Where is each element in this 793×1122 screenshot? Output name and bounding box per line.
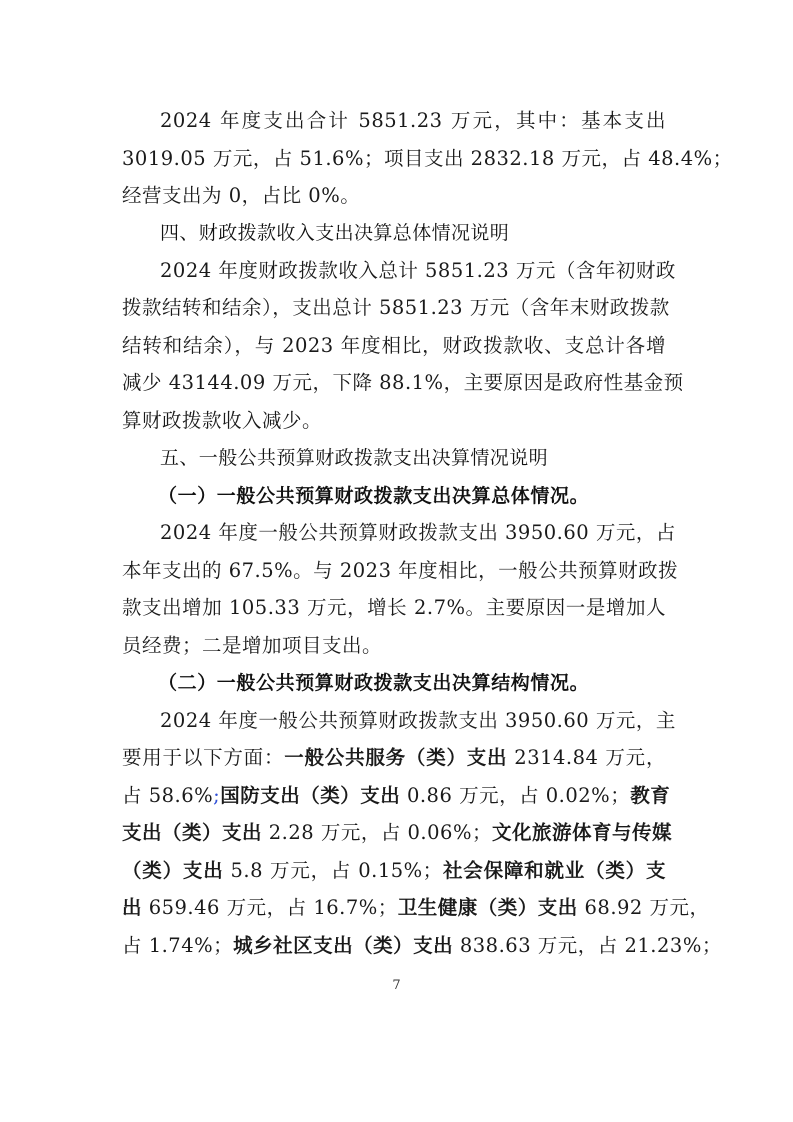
paragraph-line: 2024 年度一般公共预算财政拨款支出 3950.60 万元，占 [160, 518, 666, 548]
paragraph-line: 3019.05 万元，占 51.6%；项目支出 2832.18 万元，占 48.… [122, 144, 666, 174]
category-name: 出 [122, 896, 142, 919]
category-name: 卫生健康（类）支出 [398, 896, 578, 919]
text: 要用于以下方面： [122, 746, 284, 769]
paragraph-line: 占 1.74%；城乡社区支出（类）支出 838.63 万元，占 21.23%； [122, 931, 666, 961]
category-name: 支出（类）支出 [122, 821, 262, 844]
document-page: 2024 年度支出合计 5851.23 万元，其中：基本支出 3019.05 万… [0, 0, 793, 1122]
paragraph-line: 拨款结转和结余），支出总计 5851.23 万元（含年末财政拨款 [122, 293, 666, 323]
category-name: 一般公共服务（类）支出 [284, 746, 507, 769]
paragraph-line: 减少 43144.09 万元，下降 88.1%，主要原因是政府性基金预 [122, 368, 666, 398]
category-name: （类）支出 [122, 859, 224, 882]
paragraph-line: 2024 年度一般公共预算财政拨款支出 3950.60 万元，主 [160, 706, 666, 736]
paragraph-line: 本年支出的 67.5%。与 2023 年度相比，一般公共预算财政拨 [122, 556, 666, 586]
text: 838.63 万元，占 21.23%； [453, 934, 722, 957]
paragraph-line: 出 659.46 万元，占 16.7%；卫生健康（类）支出 68.92 万元， [122, 893, 666, 923]
category-name: 社会保障和就业（类）支 [443, 859, 666, 882]
category-name: 城乡社区支出（类）支出 [233, 934, 453, 957]
paragraph-line: 2024 年度财政拨款收入总计 5851.23 万元（含年初财政 [160, 256, 666, 286]
section-heading-5: 五、一般公共预算财政拨款支出决算情况说明 [160, 443, 548, 473]
text: 占 1.74%； [122, 934, 233, 957]
subsection-heading-1: （一）一般公共预算财政拨款支出决算总体情况。 [158, 481, 589, 511]
paragraph-line: 2024 年度支出合计 5851.23 万元，其中：基本支出 [160, 106, 666, 136]
category-name: 教育 [630, 784, 670, 807]
text: 5.8 万元，占 0.15%； [224, 859, 443, 882]
paragraph-line: 经营支出为 0，占比 0%。 [122, 181, 666, 211]
paragraph-line: 算财政拨款收入减少。 [122, 406, 666, 436]
text: 2314.84 万元， [507, 746, 666, 769]
subsection-heading-2: （二）一般公共预算财政拨款支出决算结构情况。 [158, 668, 589, 698]
paragraph-line: （类）支出 5.8 万元，占 0.15%；社会保障和就业（类）支 [122, 856, 666, 886]
text: 2.28 万元，占 0.06%； [262, 821, 492, 844]
text: 0.86 万元，占 0.02%； [400, 784, 630, 807]
paragraph-line: 要用于以下方面：一般公共服务（类）支出 2314.84 万元， [122, 743, 666, 773]
category-name: 国防支出（类）支出 [220, 784, 400, 807]
paragraph-line: 支出（类）支出 2.28 万元，占 0.06%；文化旅游体育与传媒 [122, 818, 666, 848]
text: 659.46 万元，占 16.7%； [142, 896, 398, 919]
section-heading-4: 四、财政拨款收入支出决算总体情况说明 [160, 218, 509, 248]
paragraph-line: 款支出增加 105.33 万元，增长 2.7%。主要原因一是增加人 [122, 593, 666, 623]
page-number: 7 [0, 978, 793, 993]
paragraph-line: 结转和结余），与 2023 年度相比，财政拨款收、支总计各增 [122, 331, 666, 361]
text: 68.92 万元， [578, 896, 710, 919]
category-name: 文化旅游体育与传媒 [492, 821, 672, 844]
paragraph-line: 员经费；二是增加项目支出。 [122, 631, 666, 661]
paragraph-line: 占 58.6%;国防支出（类）支出 0.86 万元，占 0.02%；教育 [122, 781, 666, 811]
text: 占 58.6% [122, 784, 213, 807]
